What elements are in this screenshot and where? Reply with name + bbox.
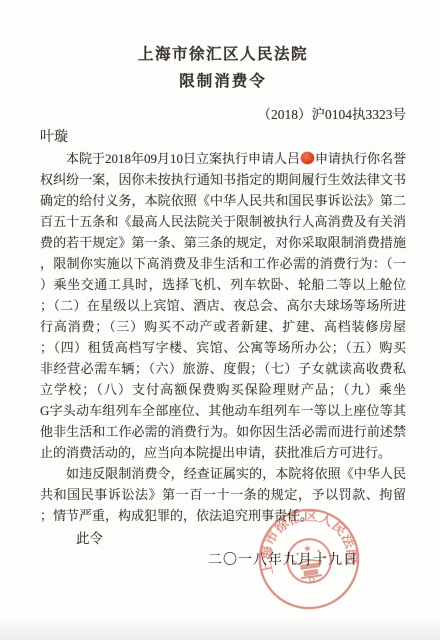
recipient-name: 叶璇: [40, 128, 406, 148]
document-text-line: 权纠纷一案，因你未按执行通知书指定的期间履行生效法律文书: [40, 169, 406, 190]
document-text-line: 行高消费；（三）购买不动产或者新建、扩建、高档装修房屋: [40, 316, 406, 337]
document-text-line: ；（二）在星级以上宾馆、酒店、夜总会、高尔夫球场等场所进: [40, 295, 406, 316]
document-text-line: 如违反限制消费令，经查证属实的，本院将依照《中华人民: [40, 463, 406, 484]
document-text-line: 立学校；（八）支付高额保费购买保险理财产品；（九）乘坐: [40, 379, 406, 400]
document-text-line: 费的若干规定》第一条、第三条的规定，对你采取限制消费措施: [40, 232, 406, 253]
document-text-line: ；（四）租赁高档写字楼、宾馆、公寓等场所办公；（五）购买: [40, 337, 406, 358]
document: 上海市徐汇区人民法院 限制消费令 （2018）沪0104执3323号 叶璇 本院…: [40, 0, 406, 571]
redaction-dot: [301, 152, 314, 164]
scan-artifact: [0, 618, 440, 640]
document-text-line: 非经营必需车辆；（六）旅游、度假；（七）子女就读高收费私: [40, 358, 406, 379]
text-after-redaction: 申请执行你名誉: [315, 151, 406, 166]
body-lines: 本院于2018年09月10日立案执行申请人吕申请执行你名誉权纠纷一案，因你未按执…: [40, 148, 406, 526]
national-emblem-icon: ★ ★ ★ ★ ★: [285, 536, 334, 585]
document-text-line: G字头动车组列车全部座位、其他动车组列车一等以上座位等其: [40, 400, 406, 421]
svg-text:★: ★: [316, 548, 322, 555]
svg-text:★: ★: [291, 559, 297, 566]
document-text-line: ，限制你实施以下高消费及非生活和工作必需的消费行为：（一: [40, 253, 406, 274]
document-title: 限制消费令: [40, 71, 406, 92]
svg-text:★: ★: [303, 543, 313, 555]
case-number: （2018）沪0104执3323号: [40, 105, 406, 125]
svg-text:★: ★: [322, 554, 328, 561]
document-text-line: 他非生活和工作必需的消费行为。如你因生活必需而进行前述禁: [40, 421, 406, 442]
page: 上海市徐汇区人民法院 限制消费令 （2018）沪0104执3323号 叶璇 本院…: [0, 0, 440, 640]
document-text-line: 本院于2018年09月10日立案执行申请人吕申请执行你名誉: [40, 148, 406, 169]
court-name: 上海市徐汇区人民法院: [40, 44, 406, 66]
document-text-line: 止的消费活动的，应当向本院提出申请，获批准后方可进行。: [40, 442, 406, 463]
document-text-line: 百五十五条和《最高人民法院关于限制被执行人高消费及有关消: [40, 211, 406, 232]
text-before-redaction: 本院于2018年09月10日立案执行申请人吕: [66, 151, 300, 166]
court-seal: 上海市徐汇区人民法院 ★ ★ ★ ★ ★: [249, 499, 369, 619]
document-text-line: ）乘坐交通工具时，选择飞机、列车软卧、轮船二等以上舱位: [40, 274, 406, 295]
svg-text:★: ★: [295, 551, 301, 558]
document-text-line: 确定的给付义务，本院依照《中华人民共和国民事诉讼法》第二: [40, 190, 406, 211]
